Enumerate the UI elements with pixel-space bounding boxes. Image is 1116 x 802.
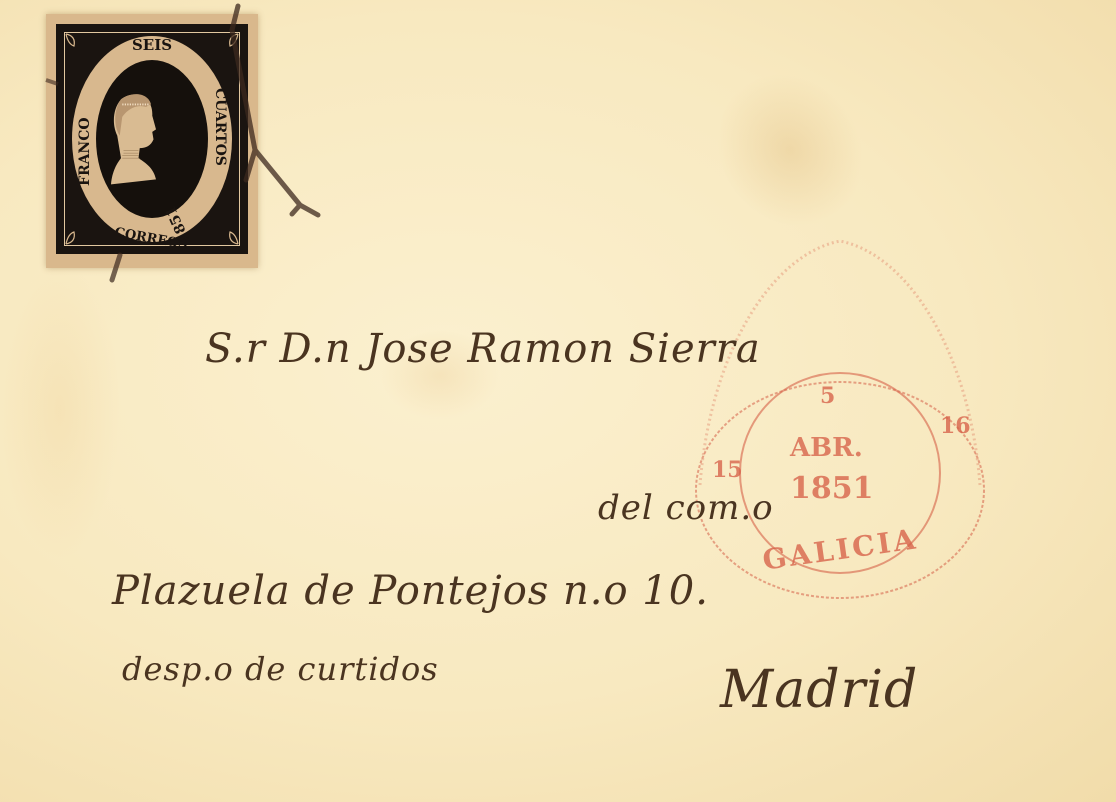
postmark-year: 1851 — [790, 471, 874, 506]
postmark-side-right: 16 — [940, 413, 971, 439]
address-city: Madrid — [720, 660, 918, 720]
cancellation-mark-icon — [0, 0, 340, 300]
postmark-day: 5 — [820, 383, 835, 409]
postmark: 5 ABR. 1851 15 16 GALICIA — [690, 235, 990, 605]
paper-stain — [687, 44, 893, 255]
address-street: Plazuela de Pontejos n.o 10. — [112, 568, 709, 614]
address-business: desp.o de curtidos — [122, 650, 439, 688]
address-occupation: del com.o — [598, 488, 774, 528]
postmark-month: ABR. — [790, 433, 863, 463]
paper-stain — [0, 260, 120, 560]
postmark-side-left: 15 — [712, 457, 743, 483]
address-recipient: S.r D.n Jose Ramon Sierra — [205, 326, 761, 372]
